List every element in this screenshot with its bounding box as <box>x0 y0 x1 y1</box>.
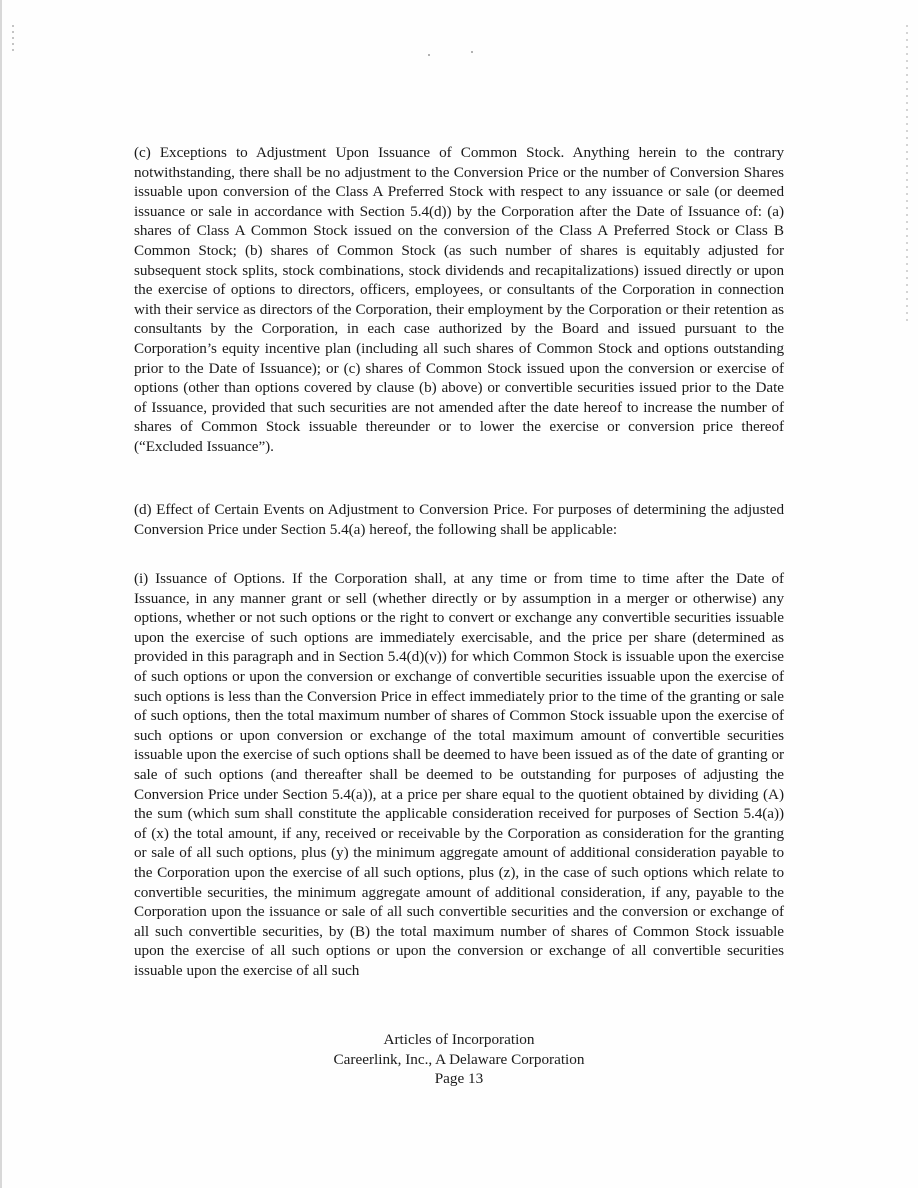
scan-speck <box>428 54 430 56</box>
paragraph-c-exceptions-to-adjustment: (c) Exceptions to Adjustment Upon Issuan… <box>134 143 784 457</box>
page-footer: Articles of Incorporation Careerlink, In… <box>0 1030 918 1089</box>
paragraph-i-issuance-of-options: (i) Issuance of Options. If the Corporat… <box>134 569 784 980</box>
footer-page-number: Page 13 <box>0 1069 918 1089</box>
scanned-page: (c) Exceptions to Adjustment Upon Issuan… <box>0 0 918 1188</box>
scan-left-edge <box>0 0 2 1188</box>
footer-company-name: Careerlink, Inc., A Delaware Corporation <box>0 1050 918 1070</box>
scan-artifact-left <box>12 25 14 51</box>
paragraph-d-effect-of-certain-events: (d) Effect of Certain Events on Adjustme… <box>134 500 784 539</box>
scan-artifact-right <box>906 25 908 325</box>
footer-document-title: Articles of Incorporation <box>0 1030 918 1050</box>
scan-speck <box>471 51 473 53</box>
